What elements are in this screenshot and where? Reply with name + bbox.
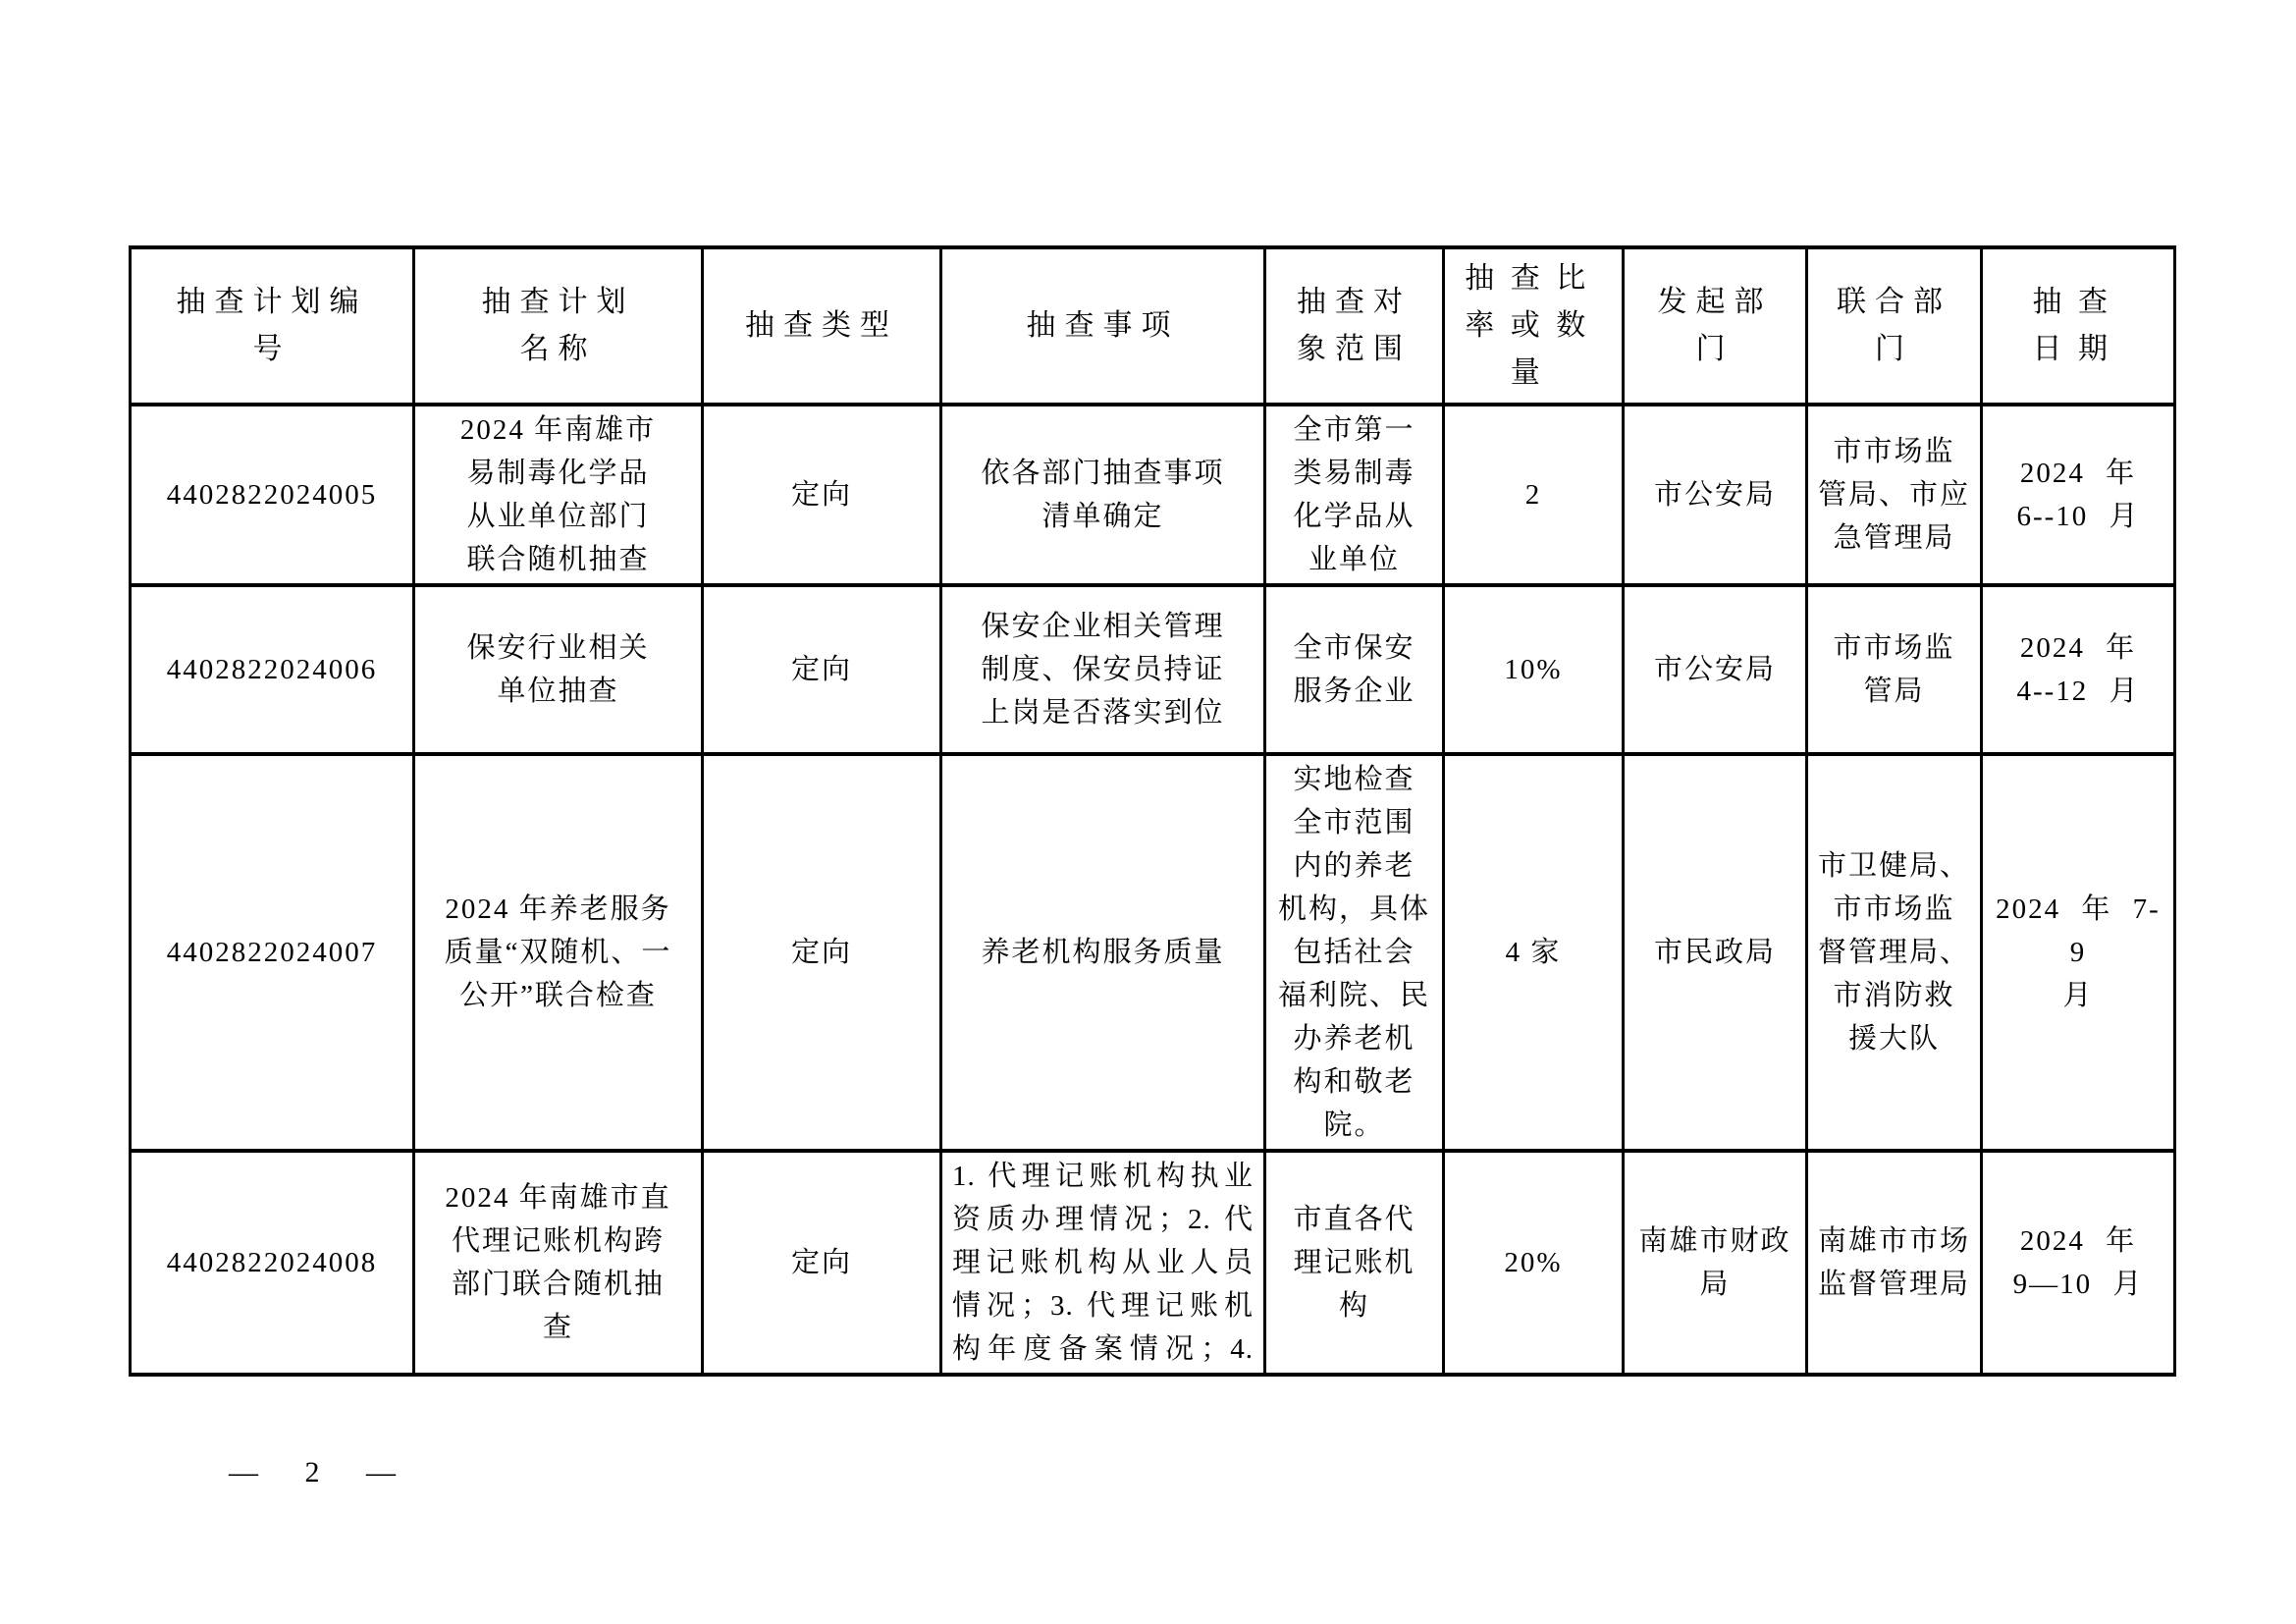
header-joint: 联合部 门: [1807, 247, 1982, 405]
table-row: 4402822024007 2024 年养老服务 质量“双随机、一 公开”联合检…: [131, 754, 2175, 1151]
header-plan-id: 抽查计划编 号: [131, 247, 414, 405]
cell-ratio: 2: [1444, 405, 1624, 585]
page-number: — 2 —: [229, 1455, 397, 1490]
header-initiator: 发起部 门: [1624, 247, 1807, 405]
cell-scope: 全市保安 服务企业: [1265, 585, 1444, 754]
cell-date: 2024 年 6--10 月: [1982, 405, 2175, 585]
table-row: 4402822024008 2024 年南雄市直 代理记账机构跨 部门联合随机抽…: [131, 1151, 2175, 1375]
cell-initiator: 市民政局: [1624, 754, 1807, 1151]
table-row: 4402822024006 保安行业相关 单位抽查 定向 保安企业相关管理 制度…: [131, 585, 2175, 754]
cell-date: 2024 年 7-9 月: [1982, 754, 2175, 1151]
cell-ratio: 10%: [1444, 585, 1624, 754]
cell-scope: 市直各代 理记账机 构: [1265, 1151, 1444, 1375]
cell-ratio: 4 家: [1444, 754, 1624, 1151]
cell-date: 2024 年 9—10 月: [1982, 1151, 2175, 1375]
cell-initiator: 市公安局: [1624, 585, 1807, 754]
cell-plan-name: 保安行业相关 单位抽查: [414, 585, 703, 754]
header-plan-name: 抽查计划 名称: [414, 247, 703, 405]
cell-plan-id: 4402822024008: [131, 1151, 414, 1375]
document-page: 抽查计划编 号 抽查计划 名称 抽查类型 抽查事项 抽查对 象范围 抽查比 率或…: [0, 0, 2296, 1624]
cell-items: 养老机构服务质量: [941, 754, 1265, 1151]
cell-ratio: 20%: [1444, 1151, 1624, 1375]
cell-items: 保安企业相关管理 制度、保安员持证 上岗是否落实到位: [941, 585, 1265, 754]
inspection-plan-table: 抽查计划编 号 抽查计划 名称 抽查类型 抽查事项 抽查对 象范围 抽查比 率或…: [129, 245, 2176, 1377]
cell-plan-id: 4402822024006: [131, 585, 414, 754]
cell-type: 定向: [703, 1151, 941, 1375]
header-type: 抽查类型: [703, 247, 941, 405]
cell-joint: 市市场监 管局: [1807, 585, 1982, 754]
header-scope: 抽查对 象范围: [1265, 247, 1444, 405]
cell-joint: 南雄市市场 监督管理局: [1807, 1151, 1982, 1375]
cell-date: 2024 年 4--12 月: [1982, 585, 2175, 754]
cell-plan-id: 4402822024005: [131, 405, 414, 585]
cell-items: 依各部门抽查事项 清单确定: [941, 405, 1265, 585]
cell-initiator: 南雄市财政 局: [1624, 1151, 1807, 1375]
header-ratio: 抽查比 率或数 量: [1444, 247, 1624, 405]
cell-plan-name: 2024 年南雄市 易制毒化学品 从业单位部门 联合随机抽查: [414, 405, 703, 585]
cell-plan-name: 2024 年南雄市直 代理记账机构跨 部门联合随机抽 查: [414, 1151, 703, 1375]
header-date: 抽查 日期: [1982, 247, 2175, 405]
table-row: 4402822024005 2024 年南雄市 易制毒化学品 从业单位部门 联合…: [131, 405, 2175, 585]
header-items: 抽查事项: [941, 247, 1265, 405]
cell-scope: 实地检查 全市范围 内的养老 机构，具体 包括社会 福利院、民 办养老机 构和敬…: [1265, 754, 1444, 1151]
header-row: 抽查计划编 号 抽查计划 名称 抽查类型 抽查事项 抽查对 象范围 抽查比 率或…: [131, 247, 2175, 405]
cell-initiator: 市公安局: [1624, 405, 1807, 585]
cell-type: 定向: [703, 585, 941, 754]
cell-joint: 市市场监 管局、市应 急管理局: [1807, 405, 1982, 585]
cell-plan-name: 2024 年养老服务 质量“双随机、一 公开”联合检查: [414, 754, 703, 1151]
cell-type: 定向: [703, 754, 941, 1151]
cell-joint: 市卫健局、 市市场监 督管理局、 市消防救 援大队: [1807, 754, 1982, 1151]
cell-plan-id: 4402822024007: [131, 754, 414, 1151]
cell-type: 定向: [703, 405, 941, 585]
cell-scope: 全市第一 类易制毒 化学品从 业单位: [1265, 405, 1444, 585]
cell-items: 1. 代理记账机构执业 资质办理情况；2. 代 理记账机构从业人员 情况；3. …: [941, 1151, 1265, 1375]
